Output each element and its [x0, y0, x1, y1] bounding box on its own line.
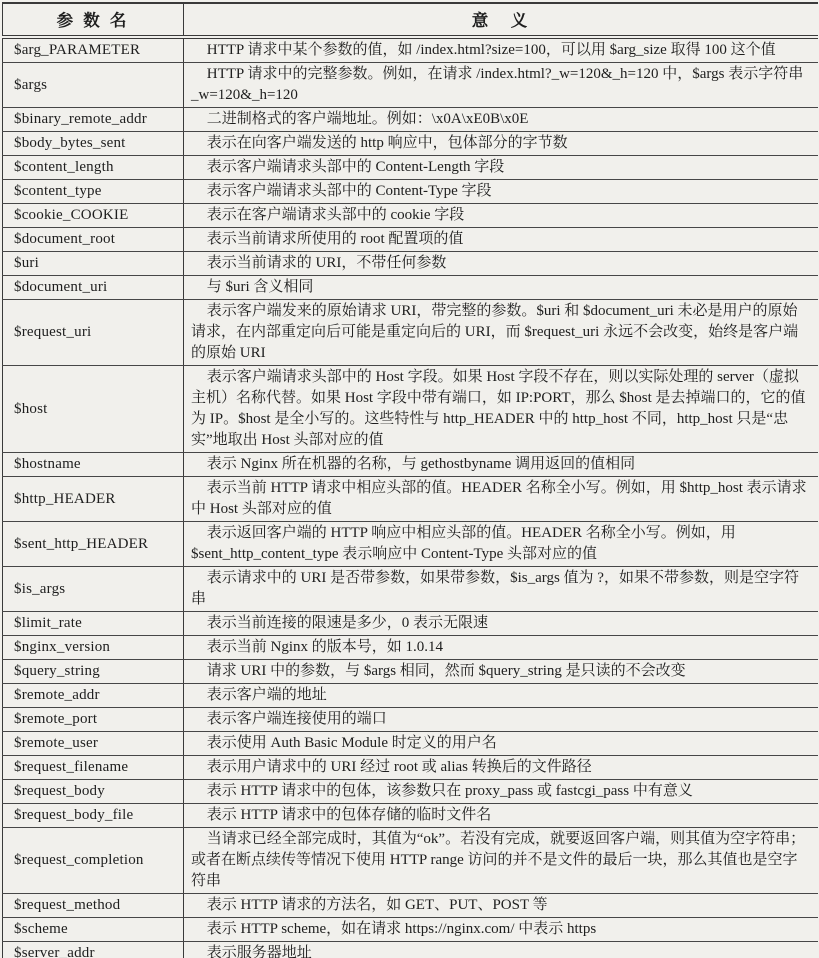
- param-desc-cell: 表示客户端请求头部中的 Content-Length 字段: [184, 156, 819, 180]
- param-name-cell: $http_HEADER: [3, 477, 184, 522]
- param-name-cell: $cookie_COOKIE: [3, 204, 184, 228]
- param-desc-cell: 表示请求中的 URI 是否带参数，如果带参数，$is_args 值为 ?，如果不…: [184, 567, 819, 612]
- param-name-cell: $request_method: [3, 894, 184, 918]
- param-desc-cell: 表示客户端的地址: [184, 684, 819, 708]
- table-row: $request_uri 表示客户端发来的原始请求 URI，带完整的参数。$ur…: [3, 300, 819, 366]
- param-desc-cell: 请求 URI 中的参数，与 $args 相同，然而 $query_string …: [184, 660, 819, 684]
- table-row: $limit_rate 表示当前连接的限速是多少，0 表示无限速: [3, 612, 819, 636]
- param-name-cell: $args: [3, 63, 184, 108]
- param-name-cell: $sent_http_HEADER: [3, 522, 184, 567]
- param-desc-cell: 表示客户端连接使用的端口: [184, 708, 819, 732]
- param-name-cell: $binary_remote_addr: [3, 108, 184, 132]
- table-row: $host 表示客户端请求头部中的 Host 字段。如果 Host 字段不存在，…: [3, 366, 819, 453]
- param-desc-cell: 表示用户请求中的 URI 经过 root 或 alias 转换后的文件路径: [184, 756, 819, 780]
- table-row: $body_bytes_sent 表示在向客户端发送的 http 响应中，包体部…: [3, 132, 819, 156]
- table-row: $args HTTP 请求中的完整参数。例如，在请求 /index.html?_…: [3, 63, 819, 108]
- param-name-cell: $request_body: [3, 780, 184, 804]
- param-desc-cell: 表示客户端请求头部中的 Content-Type 字段: [184, 180, 819, 204]
- table-row: $document_root 表示当前请求所使用的 root 配置项的值: [3, 228, 819, 252]
- param-name-cell: $server_addr: [3, 942, 184, 958]
- table-row: $query_string 请求 URI 中的参数，与 $args 相同，然而 …: [3, 660, 819, 684]
- col-header-meaning: 意 义: [184, 3, 819, 37]
- param-desc-cell: 表示客户端请求头部中的 Host 字段。如果 Host 字段不存在，则以实际处理…: [184, 366, 819, 453]
- table-row: $content_type 表示客户端请求头部中的 Content-Type 字…: [3, 180, 819, 204]
- param-desc-cell: 二进制格式的客户端地址。例如：\x0A\xE0B\x0E: [184, 108, 819, 132]
- param-name-cell: $remote_user: [3, 732, 184, 756]
- param-name-cell: $nginx_version: [3, 636, 184, 660]
- col-header-param-name: 参 数 名: [3, 3, 184, 37]
- param-name-cell: $request_uri: [3, 300, 184, 366]
- param-name-cell: $remote_port: [3, 708, 184, 732]
- table-row: $hostname 表示 Nginx 所在机器的名称，与 gethostbyna…: [3, 453, 819, 477]
- table-row: $request_body_file 表示 HTTP 请求中的包体存储的临时文件…: [3, 804, 819, 828]
- param-desc-cell: 表示当前 Nginx 的版本号，如 1.0.14: [184, 636, 819, 660]
- param-name-cell: $body_bytes_sent: [3, 132, 184, 156]
- param-name-cell: $remote_addr: [3, 684, 184, 708]
- param-name-cell: $request_completion: [3, 828, 184, 894]
- table-row: $scheme 表示 HTTP scheme，如在请求 https://ngin…: [3, 918, 819, 942]
- table-row: $request_body 表示 HTTP 请求中的包体，该参数只在 proxy…: [3, 780, 819, 804]
- table-row: $sent_http_HEADER 表示返回客户端的 HTTP 响应中相应头部的…: [3, 522, 819, 567]
- param-desc-cell: 表示当前 HTTP 请求中相应头部的值。HEADER 名称全小写。例如，用 $h…: [184, 477, 819, 522]
- table-row: $request_method 表示 HTTP 请求的方法名，如 GET、PUT…: [3, 894, 819, 918]
- param-name-cell: $query_string: [3, 660, 184, 684]
- param-desc-cell: 表示使用 Auth Basic Module 时定义的用户名: [184, 732, 819, 756]
- param-desc-cell: 表示当前连接的限速是多少，0 表示无限速: [184, 612, 819, 636]
- table-row: $request_completion 当请求已经全部完成时，其值为“ok”。若…: [3, 828, 819, 894]
- param-desc-cell: 表示 HTTP 请求的方法名，如 GET、PUT、POST 等: [184, 894, 819, 918]
- param-name-cell: $hostname: [3, 453, 184, 477]
- table-row: $is_args 表示请求中的 URI 是否带参数，如果带参数，$is_args…: [3, 567, 819, 612]
- param-name-cell: $request_filename: [3, 756, 184, 780]
- param-name-cell: $scheme: [3, 918, 184, 942]
- param-desc-cell: 表示当前请求的 URI，不带任何参数: [184, 252, 819, 276]
- param-desc-cell: 表示在向客户端发送的 http 响应中，包体部分的字节数: [184, 132, 819, 156]
- table-row: $remote_port 表示客户端连接使用的端口: [3, 708, 819, 732]
- table-row: $http_HEADER 表示当前 HTTP 请求中相应头部的值。HEADER …: [3, 477, 819, 522]
- param-desc-cell: 表示当前请求所使用的 root 配置项的值: [184, 228, 819, 252]
- param-desc-cell: 表示 HTTP scheme，如在请求 https://nginx.com/ 中…: [184, 918, 819, 942]
- table-row: $content_length 表示客户端请求头部中的 Content-Leng…: [3, 156, 819, 180]
- param-desc-cell: 表示 HTTP 请求中的包体，该参数只在 proxy_pass 或 fastcg…: [184, 780, 819, 804]
- table-row: $remote_addr 表示客户端的地址: [3, 684, 819, 708]
- table-row: $request_filename 表示用户请求中的 URI 经过 root 或…: [3, 756, 819, 780]
- table-row: $arg_PARAMETER HTTP 请求中某个参数的值，如 /index.h…: [3, 37, 819, 63]
- param-name-cell: $is_args: [3, 567, 184, 612]
- param-name-cell: $limit_rate: [3, 612, 184, 636]
- param-name-cell: $host: [3, 366, 184, 453]
- param-desc-cell: 表示客户端发来的原始请求 URI，带完整的参数。$uri 和 $document…: [184, 300, 819, 366]
- param-name-cell: $document_root: [3, 228, 184, 252]
- table-row: $document_uri 与 $uri 含义相同: [3, 276, 819, 300]
- table-header: 参 数 名 意 义: [3, 3, 819, 37]
- table-row: $cookie_COOKIE 表示在客户端请求头部中的 cookie 字段: [3, 204, 819, 228]
- table-row: $uri 表示当前请求的 URI，不带任何参数: [3, 252, 819, 276]
- table-row: $nginx_version 表示当前 Nginx 的版本号，如 1.0.14: [3, 636, 819, 660]
- param-desc-cell: 当请求已经全部完成时，其值为“ok”。若没有完成，就要返回客户端，则其值为空字符…: [184, 828, 819, 894]
- table-row: $binary_remote_addr 二进制格式的客户端地址。例如：\x0A\…: [3, 108, 819, 132]
- param-desc-cell: 表示返回客户端的 HTTP 响应中相应头部的值。HEADER 名称全小写。例如，…: [184, 522, 819, 567]
- param-name-cell: $document_uri: [3, 276, 184, 300]
- param-desc-cell: 表示 Nginx 所在机器的名称，与 gethostbyname 调用返回的值相…: [184, 453, 819, 477]
- nginx-variables-table: 参 数 名 意 义 $arg_PARAMETER HTTP 请求中某个参数的值，…: [2, 2, 818, 958]
- book-page: 参 数 名 意 义 $arg_PARAMETER HTTP 请求中某个参数的值，…: [0, 0, 819, 958]
- param-name-cell: $request_body_file: [3, 804, 184, 828]
- param-desc-cell: 与 $uri 含义相同: [184, 276, 819, 300]
- param-name-cell: $content_type: [3, 180, 184, 204]
- param-desc-cell: 表示 HTTP 请求中的包体存储的临时文件名: [184, 804, 819, 828]
- param-desc-cell: HTTP 请求中某个参数的值，如 /index.html?size=100，可以…: [184, 37, 819, 63]
- param-desc-cell: 表示在客户端请求头部中的 cookie 字段: [184, 204, 819, 228]
- param-name-cell: $arg_PARAMETER: [3, 37, 184, 63]
- table-row: $server_addr 表示服务器地址: [3, 942, 819, 958]
- header-row: 参 数 名 意 义: [3, 3, 819, 37]
- param-desc-cell: 表示服务器地址: [184, 942, 819, 958]
- table-body: $arg_PARAMETER HTTP 请求中某个参数的值，如 /index.h…: [3, 37, 819, 958]
- table-row: $remote_user 表示使用 Auth Basic Module 时定义的…: [3, 732, 819, 756]
- param-desc-cell: HTTP 请求中的完整参数。例如，在请求 /index.html?_w=120&…: [184, 63, 819, 108]
- param-name-cell: $uri: [3, 252, 184, 276]
- param-name-cell: $content_length: [3, 156, 184, 180]
